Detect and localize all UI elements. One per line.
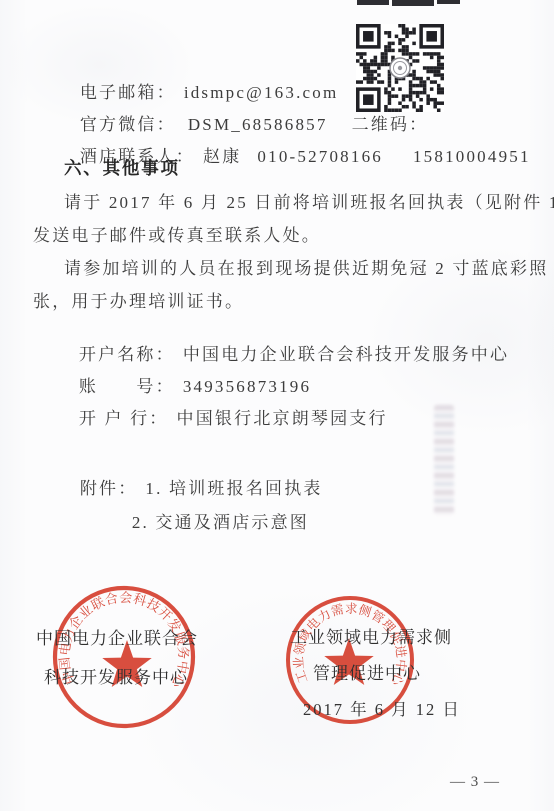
bank-branch-line: 开 户 行：中国银行北京朗琴园支行 xyxy=(53,384,388,449)
paragraph-line: 发送电子邮件或传真至联系人处。 xyxy=(33,221,321,246)
paragraph-line: 张，用于办理培训证书。 xyxy=(33,287,244,312)
scan-artifact-top xyxy=(357,0,389,5)
document-date: 2017 年 6 月 12 日 xyxy=(303,696,461,720)
scanned-document-page: 电子邮箱：idsmpc@163.com 官方微信：DSM_68586857二维码… xyxy=(0,0,554,811)
right-org-line-1: 工业领域电力需求侧 xyxy=(290,623,452,648)
hotel-mobile: 15810004951 xyxy=(413,147,531,167)
bank-branch-value: 中国银行北京朗琴园支行 xyxy=(177,404,388,429)
hotel-phone: 010-52708166 xyxy=(257,147,383,167)
attachments-line-2: 2. 交通及酒店示意图 xyxy=(106,488,309,553)
ink-bleed-artifact xyxy=(434,405,454,515)
page-number: — 3 — xyxy=(450,774,500,791)
left-official-seal: 中国电力企业联合会科技开发服务中心 xyxy=(49,582,199,732)
left-org-line-1: 中国电力企业联合会 xyxy=(36,624,198,649)
scan-artifact-top xyxy=(437,0,460,4)
left-org-line-2: 科技开发服务中心 xyxy=(44,663,188,688)
attachment-item: 2. 交通及酒店示意图 xyxy=(132,508,309,533)
paragraph-line: 请参加培训的人员在报到现场提供近期免冠 2 寸蓝底彩照 2 xyxy=(64,254,554,279)
bank-branch-label: 开 户 行： xyxy=(79,404,169,429)
hotel-contact-name: 赵康 xyxy=(203,142,241,167)
right-org-line-2: 管理促进中心 xyxy=(313,659,421,684)
section-heading: 六、其他事项 xyxy=(64,155,180,180)
paragraph-line: 请于 2017 年 6 月 25 日前将培训班报名回执表（见附件 1） xyxy=(64,188,554,213)
scan-artifact-top xyxy=(392,0,434,6)
